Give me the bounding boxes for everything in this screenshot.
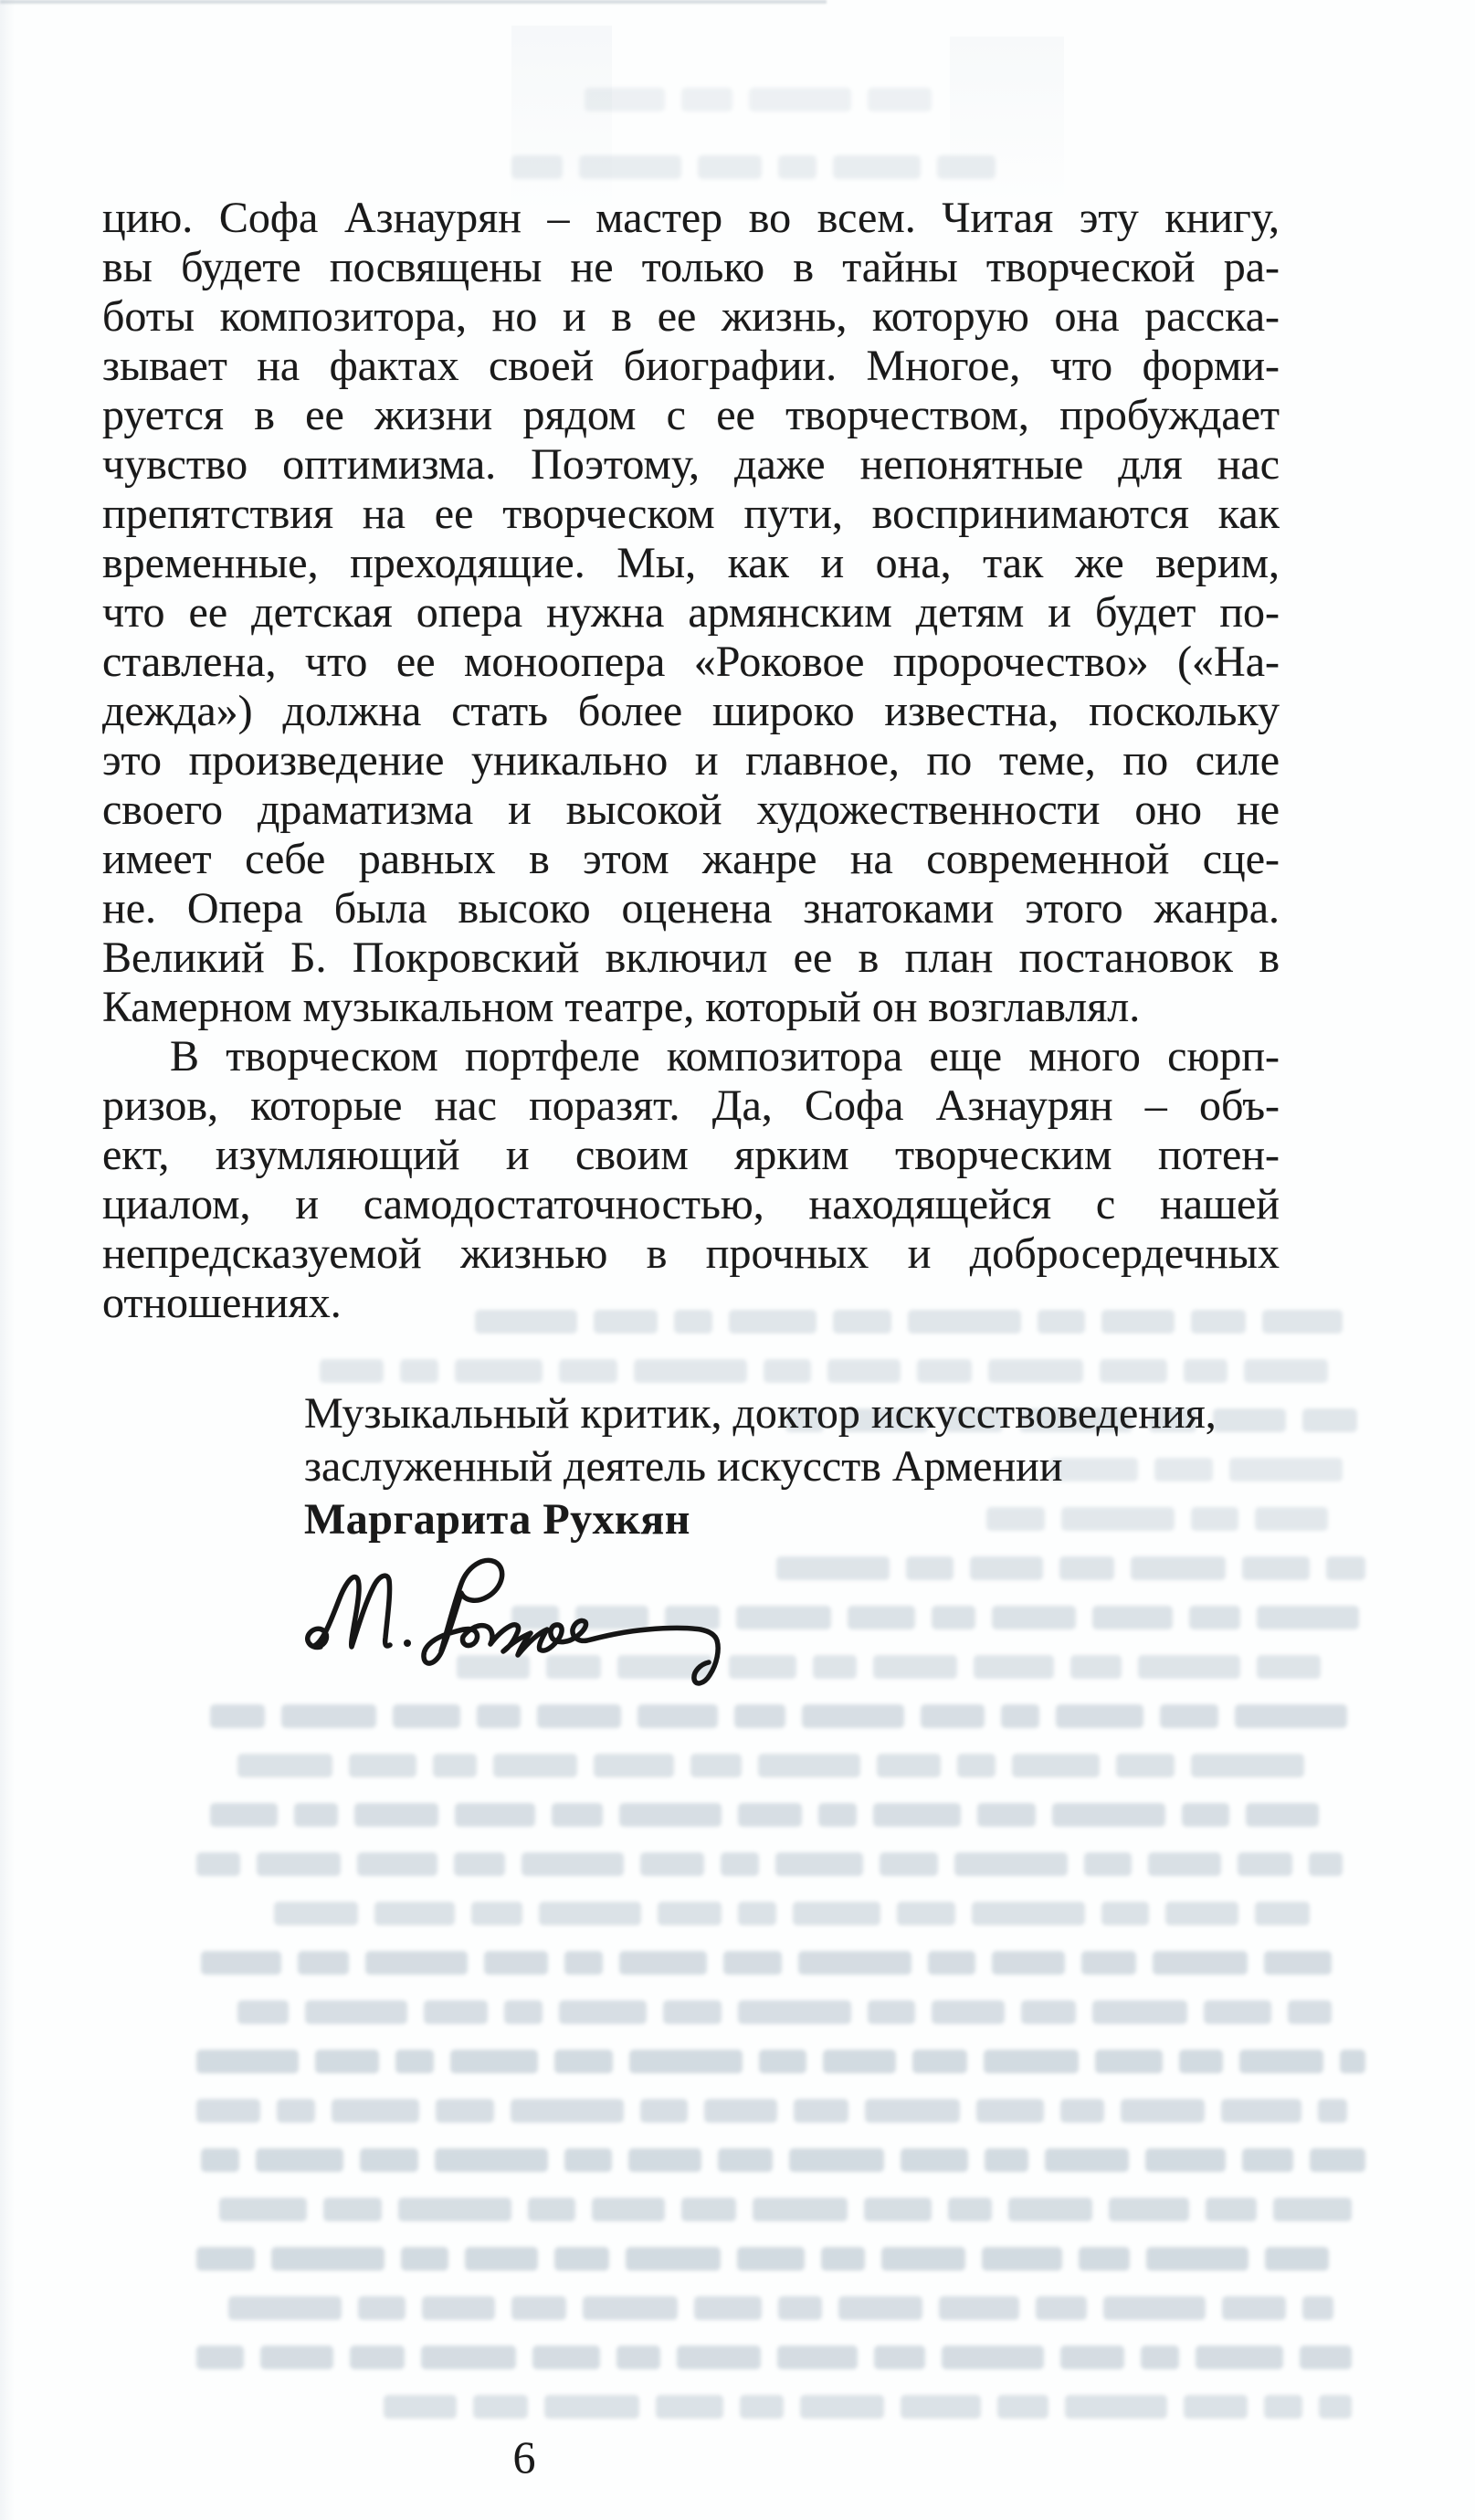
text-line: временные, преходящие. Мы, как и она, та… — [102, 539, 1280, 588]
text-line: дежда») должна стать более широко извест… — [102, 687, 1280, 736]
bleedthrough-line — [274, 1902, 1338, 1925]
handwritten-signature — [304, 1553, 733, 1699]
text-line: зывает на фактах своей биографии. Многое… — [102, 342, 1280, 391]
attribution-block: Музыкальный критик, доктор искусствоведе… — [304, 1387, 1309, 1546]
bleedthrough-line — [219, 2198, 1352, 2221]
text-line: не. Опера была высоко оценена знатоками … — [102, 884, 1280, 933]
text-line: что ее детская опера нужна армянским дет… — [102, 588, 1280, 638]
text-line: отношениях. — [102, 1279, 1280, 1328]
bleedthrough-line — [210, 1704, 1347, 1728]
text-line: Камерном музыкальном театре, который он … — [102, 983, 1280, 1032]
text-line: имеет себе равных в этом жанре на соврем… — [102, 835, 1280, 884]
paragraph-second: В творческом портфеле композитора еще мн… — [102, 1032, 1280, 1328]
bleedthrough-line — [776, 1556, 1365, 1580]
scanned-book-page: цию. Софа Азнаурян – мастер во всем. Чит… — [0, 0, 1475, 2520]
bleedthrough-line — [237, 2000, 1343, 2024]
bleedthrough-line — [196, 2099, 1347, 2123]
text-line: ризов, которые нас поразят. Да, Софа Азн… — [102, 1081, 1280, 1131]
text-line: непредсказуемой жизнью в прочных и добро… — [102, 1229, 1280, 1279]
scan-artifact-streak — [950, 37, 1064, 206]
scan-artifact-streak — [511, 26, 612, 213]
text-line: циалом, и самодостаточностью, находящейс… — [102, 1180, 1280, 1229]
bleedthrough-line — [196, 2346, 1352, 2369]
text-line: чувство оптимизма. Поэтому, даже непонят… — [102, 440, 1280, 490]
page-number: 6 — [497, 2431, 552, 2483]
text-line: ект, изумляющий и своим ярким творческим… — [102, 1131, 1280, 1180]
text-line: заслуженный деятель искусств Армении — [304, 1440, 1309, 1493]
signature-drawing — [304, 1553, 733, 1699]
text-line: ставлена, что ее моноопера «Роковое прор… — [102, 638, 1280, 687]
bleedthrough-line — [201, 2148, 1365, 2172]
bleedthrough-line — [237, 1754, 1333, 1777]
text-line: боты композитора, но и в ее жизнь, котор… — [102, 292, 1280, 342]
attribution-name: Маргарита Рухкян — [304, 1493, 1309, 1546]
text-line: вы будете посвящены не только в тайны тв… — [102, 243, 1280, 292]
text-line: руется в ее жизни рядом с ее творчеством… — [102, 391, 1280, 440]
main-text-block: цию. Софа Азнаурян – мастер во всем. Чит… — [102, 194, 1280, 1328]
bleedthrough-line — [196, 2050, 1365, 2073]
bleedthrough-line — [210, 1803, 1333, 1827]
text-line: препятствия на ее творческом пути, воспр… — [102, 490, 1280, 539]
text-line: В творческом портфеле композитора еще мн… — [102, 1032, 1280, 1081]
bleedthrough-line — [511, 155, 1023, 179]
text-line: цию. Софа Азнаурян – мастер во всем. Чит… — [102, 194, 1280, 243]
text-line: Музыкальный критик, доктор искусствоведе… — [304, 1387, 1309, 1440]
bleedthrough-line — [228, 2296, 1333, 2320]
text-line: своего драматизма и высокой художественн… — [102, 786, 1280, 835]
bleedthrough-line — [196, 1852, 1343, 1876]
text-line: это произведение уникально и главное, по… — [102, 736, 1280, 786]
attribution-title-lines: Музыкальный критик, доктор искусствоведе… — [304, 1387, 1309, 1493]
text-line: Великий Б. Покровский включил ее в план … — [102, 933, 1280, 983]
bleedthrough-line — [320, 1359, 1333, 1383]
bleedthrough-line — [196, 2247, 1361, 2271]
bleedthrough-line — [585, 88, 932, 111]
paragraph-continuation: цию. Софа Азнаурян – мастер во всем. Чит… — [102, 194, 1280, 1032]
bleedthrough-line — [201, 1951, 1361, 1975]
scan-artifact-top-edge — [0, 0, 827, 4]
bleedthrough-line — [384, 2395, 1352, 2419]
